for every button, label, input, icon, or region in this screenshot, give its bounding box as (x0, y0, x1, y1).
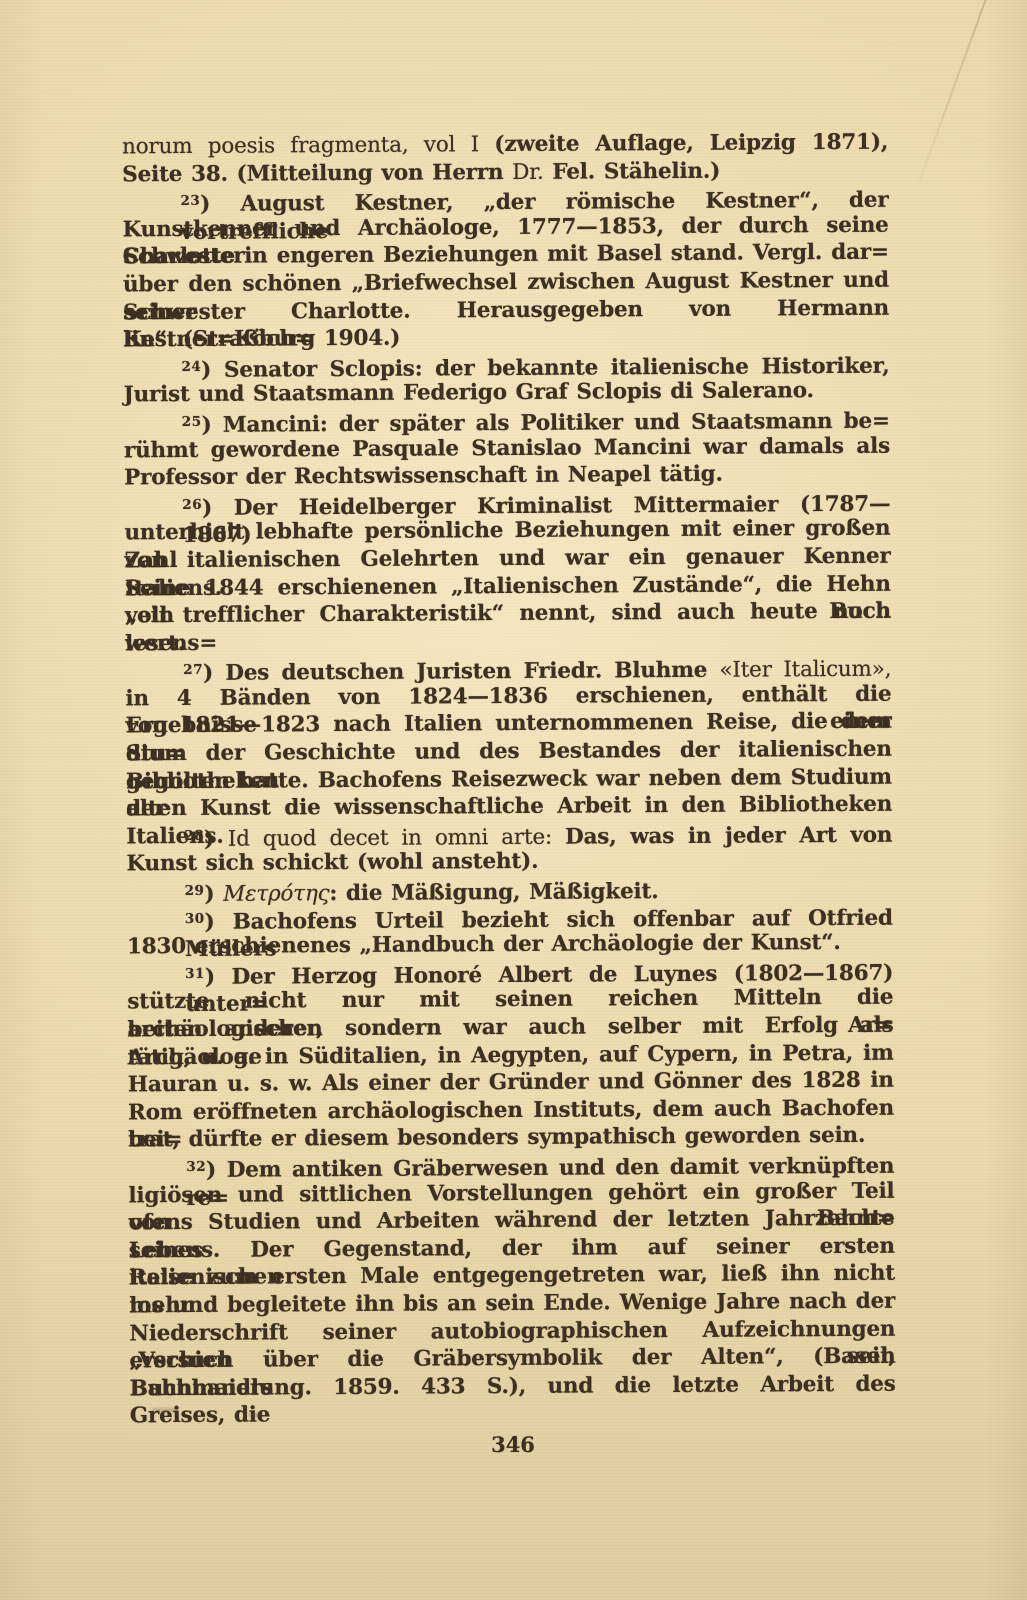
text-line: 32) Dem antiken Gräberwesen und den dami… (128, 1150, 894, 1182)
page-number: 346 (130, 1432, 896, 1457)
footnote-number: 24) (181, 357, 224, 382)
smudge-mark (152, 1408, 178, 1412)
fraktur-text: lin“. (Straßburg 1904.) (123, 326, 400, 353)
fraktur-text: : die Mäßigung, Mäßigkeit. (329, 879, 658, 906)
text-line: los und begleitete ihn bis an sein Ende.… (129, 1288, 895, 1320)
footnote-number: 25) (182, 413, 223, 438)
fraktur-text: rühmt gewordene Pasquale Stanislao Manci… (124, 433, 890, 463)
fraktur-text: Fel. Stähelin.) (544, 158, 721, 184)
fraktur-text: los und begleitete ihn bis an sein Ende.… (129, 1289, 895, 1319)
fraktur-text: Professor der Rechtswissenschaft in Neap… (124, 462, 723, 491)
fraktur-text: wert. (125, 631, 185, 656)
text-line: 25) Mancini: der später als Politiker un… (124, 405, 890, 437)
footnote-number: 30) (185, 909, 233, 934)
footnote-number: 29) (185, 882, 224, 907)
footnote-number: 32) (186, 1158, 227, 1183)
fraktur-text: 1830 erschienenes „Handbuch der Archäolo… (127, 930, 841, 959)
footnote-number: 28) (184, 827, 228, 852)
text-line: norum poesis fragmenta, vol I (zweite Au… (122, 129, 888, 161)
text-line: ofens Studien und Arbeiten während der l… (129, 1205, 895, 1237)
text-line: rühmt gewordene Pasquale Stanislao Manci… (124, 432, 890, 464)
text-line: 28) Id quod decet in omni arte: Das, was… (126, 818, 892, 850)
footnote-number: 31) (185, 964, 232, 989)
text-line: 23) August Kestner, „der römische Kestne… (122, 184, 888, 216)
text-line: Buchhandlung. 1859. 433 S.), und die let… (130, 1370, 896, 1402)
smudge-mark (248, 1413, 260, 1417)
fraktur-text: Jurist und Staatsmann Federigo Graf Sclo… (124, 378, 814, 407)
footnote-number: 26) (182, 495, 234, 520)
paper-crease-mark (918, 0, 992, 183)
text-line: beiten anderer, sondern war auch selber … (127, 1012, 893, 1044)
fraktur-text: Kunst sich schickt (wohl ansteht). (126, 849, 538, 877)
text-line: von italienischen Gelehrten und war ein … (125, 543, 891, 575)
footnote-number: 23) (180, 192, 240, 217)
antiqua-text: Dr. (512, 159, 544, 184)
text-line: Schwester Charlotte. Herausgegeben von H… (123, 294, 889, 326)
fraktur-text: Charlotte in engeren Beziehungen mit Bas… (123, 240, 889, 270)
fraktur-text: Hauran u. s. w. Als einer der Gründer un… (128, 1068, 894, 1098)
text-line: voll trefflicher Charakteristik“ nennt, … (125, 598, 891, 630)
footnote-number: 27) (183, 661, 225, 686)
fraktur-text: Das, was in jeder Art von (565, 822, 892, 849)
fraktur-text: Seite 38. (Mitteilung von Herrn (122, 160, 512, 187)
fraktur-text: Buchhandlung. 1859. 433 S.), und die let… (130, 1371, 896, 1428)
antiqua-text: «Iter Italicum», (719, 657, 891, 683)
text-line: „Versuch über die Gräbersymbolik der Alt… (129, 1343, 895, 1375)
text-line: 1830 erschienenes „Handbuch der Archäolo… (127, 929, 893, 961)
text-line: dium der Geschichte und des Bestandes de… (126, 736, 892, 768)
text-block: norum poesis fragmenta, vol I (zweite Au… (122, 129, 896, 1403)
greek-text: Μετρότης (223, 881, 329, 907)
fraktur-text: tätig, u. a. in Süditalien, in Aegypten,… (128, 1040, 894, 1070)
antiqua-text: norum poesis fragmenta, vol I (122, 132, 494, 159)
fraktur-text: trat, dürfte er diesem besonders sympath… (128, 1123, 865, 1153)
text-line: über den schönen „Briefwechsel zwischen … (123, 267, 889, 299)
fraktur-text: (zweite Auflage, Leipzig 1871), (494, 130, 888, 157)
scanned-book-page: norum poesis fragmenta, vol I (zweite Au… (0, 0, 1027, 1600)
text-line: Hauran u. s. w. Als einer der Gründer un… (128, 1067, 894, 1099)
